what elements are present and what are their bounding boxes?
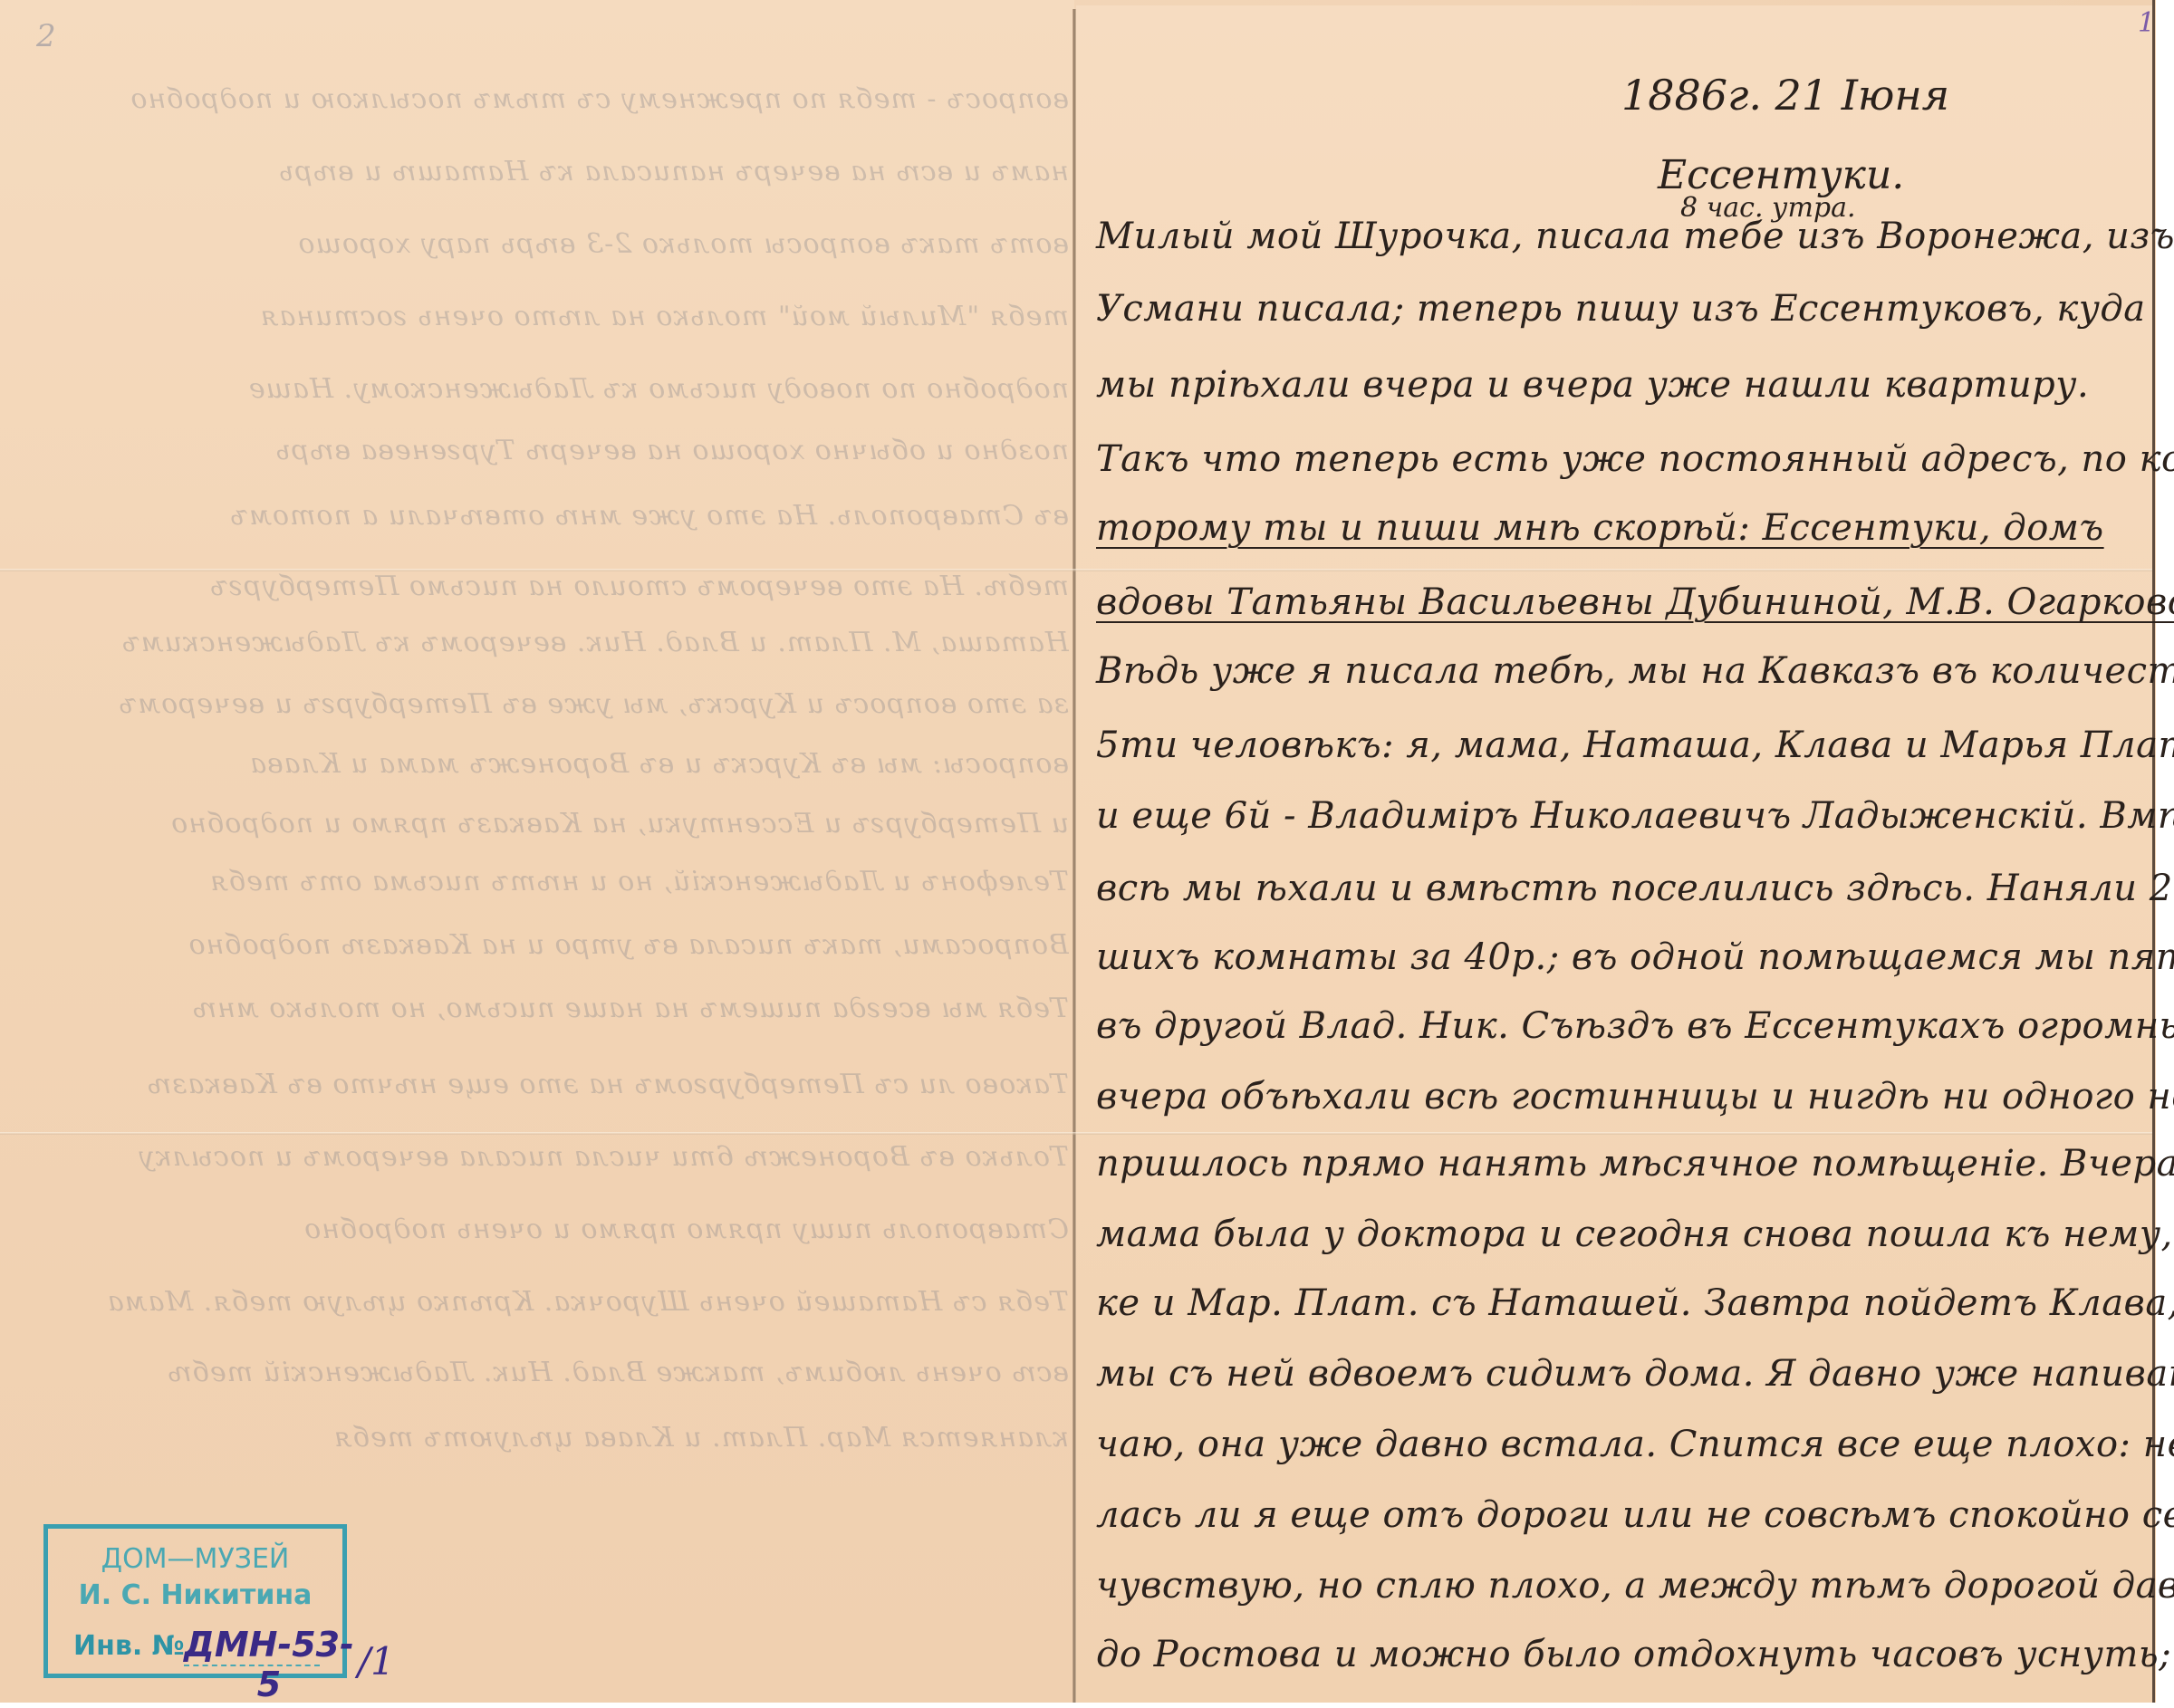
bleed-through-line: и Петербургъ и Ессентуки, на Кавказъ пря…	[9, 808, 1069, 840]
left-page: 2 вопросъ - тебя по прежнему съ тѣмъ пос…	[0, 0, 1074, 1703]
letter-line: Такъ что теперь есть уже постоянный адре…	[1096, 438, 2174, 480]
bleed-through-line: въ Ставрополь. На это уже мнѣ отвѣчали а…	[9, 500, 1069, 532]
bleed-through-line: тебя "Милый мой" только на лѣто очень го…	[9, 301, 1069, 332]
stamp-dotted-line	[184, 1665, 320, 1666]
letter-line: всѣ мы ѣхали и вмѣстѣ поселились здѣсь. …	[1096, 868, 2174, 909]
letter-line: и еще 6й - Владиміръ Николаевичъ Ладыжен…	[1096, 795, 2174, 837]
letter-line: чувствую, но сплю плохо, а между тѣмъ до…	[1096, 1565, 2174, 1607]
bleed-through-line: Наташа, М. Плат. и Влад. Ник. вечеромъ к…	[9, 627, 1069, 658]
letter-line: въ другой Влад. Ник. Съѣздъ въ Ессентука…	[1096, 1005, 2174, 1047]
letter-line: до Ростова и можно было отдохнуть часовъ…	[1096, 1634, 2171, 1675]
bleed-through-line: Тебя мы всегда пишемъ на наше письмо, но…	[9, 993, 1069, 1024]
letter-line: мама была у доктора и сегодня снова пошл…	[1096, 1214, 2174, 1255]
bleed-through-line: Телефонъ и Ладыженскій, но и нѣтъ письма…	[9, 866, 1069, 897]
museum-stamp: ДОМ—МУЗЕЙ И. С. Никитина Инв. № ДМН-53-5	[43, 1524, 347, 1678]
letter-line: шихъ комнаты за 40р.; въ одной помѣщаемс…	[1096, 936, 2174, 978]
letter-line: лась ли я еще отъ дороги или не совсѣмъ …	[1096, 1494, 2174, 1536]
letter-line: 5ти человѣкъ: я, мама, Наташа, Клава и М…	[1096, 724, 2174, 766]
bleed-through-line: Тебя съ Наташей очень Шурочка. Крѣпко цѣ…	[9, 1286, 1069, 1318]
letter-line: мы съ ней вдвоемъ сидимъ дома. Я давно у…	[1096, 1353, 2174, 1395]
letter-line: ке и Мар. Плат. съ Наташей. Завтра пойде…	[1096, 1282, 2174, 1324]
letter-line: пришлось прямо нанять мѣсячное помѣщеніе…	[1096, 1143, 2174, 1185]
stamp-inventory-label: Инв. №	[73, 1630, 185, 1662]
stamp-museum-person: И. С. Никитина	[48, 1579, 342, 1611]
stamp-museum-name: ДОМ—МУЗЕЙ	[48, 1543, 342, 1575]
letter-line-address: торому ты и пиши мнѣ скорѣй: Ессентуки, …	[1096, 507, 2104, 549]
bleed-through-line: вопросы: мы въ Курскъ и въ Воронежъ мама…	[9, 748, 1069, 780]
letter-line: вчера объѣхали всѣ гостинницы и нигдѣ ни…	[1096, 1076, 2174, 1118]
bleed-through-line: подробно по поводу письмо къ Ладыженском…	[9, 373, 1069, 405]
letter-line: чаю, она уже давно встала. Спится все ещ…	[1096, 1424, 2174, 1465]
letter-line-address: вдовы Татьяны Васильевны Дубининой, М.В.…	[1096, 581, 2174, 623]
bleed-through-line: за это вопросъ и Курскъ, мы уже въ Петер…	[9, 688, 1069, 720]
letter-line: мы пріѣхали вчера и вчера уже нашли квар…	[1096, 364, 2089, 406]
bleed-through-line: Только въ Воронежѣ 6ти числа писала вече…	[9, 1141, 1069, 1173]
bleed-through-line: Ставрополь пишу прямо прямо и очень подр…	[9, 1214, 1069, 1245]
bleed-through-line: кланяется Мар. Плат. и Клава цѣлуютъ теб…	[9, 1422, 1069, 1454]
bleed-through-line: поздно и обычно хорошо на вечерѣ Тургене…	[9, 435, 1069, 466]
bleed-through-line: вопросъ - тебя по прежнему съ тѣмъ посыл…	[9, 83, 1069, 115]
bleed-through-line: Таково ли съ Петербургомъ на это еще нѣч…	[9, 1069, 1069, 1100]
horizontal-fold-lower	[0, 1132, 2154, 1135]
left-page-number: 2	[36, 18, 56, 54]
bleed-through-line: всѣ очень любимъ, также Влад. Ник. Ладыж…	[9, 1357, 1069, 1388]
bleed-through-line: вотъ такъ вопросы только 2-3 вѣрь пару х…	[9, 228, 1069, 260]
letter-sheet: 2 вопросъ - тебя по прежнему съ тѣмъ пос…	[0, 0, 2156, 1703]
letter-date: 1886г. 21 Іюня	[1621, 71, 1949, 120]
archive-sheet-mark: /1	[358, 1639, 395, 1684]
horizontal-fold-upper	[0, 569, 2154, 571]
letter-line: Усмани писала; теперь пишу изъ Ессентуко…	[1096, 288, 2146, 330]
bleed-through-line: Вопросами, такъ писала въ утро и на Кавк…	[9, 929, 1069, 961]
bleed-through-line: тебѣ. На это вечеромъ стоило на письмо П…	[9, 571, 1069, 602]
letter-line: Вѣдь уже я писала тебѣ, мы на Кавказъ въ…	[1096, 650, 2174, 692]
bleed-through-line: намъ и всѣ на вечеръ написала къ Наташѣ …	[9, 156, 1069, 187]
right-page-number: 1	[2138, 7, 2155, 39]
letter-line: Милый мой Шурочка, писала тебе изъ Ворон…	[1096, 216, 2174, 257]
